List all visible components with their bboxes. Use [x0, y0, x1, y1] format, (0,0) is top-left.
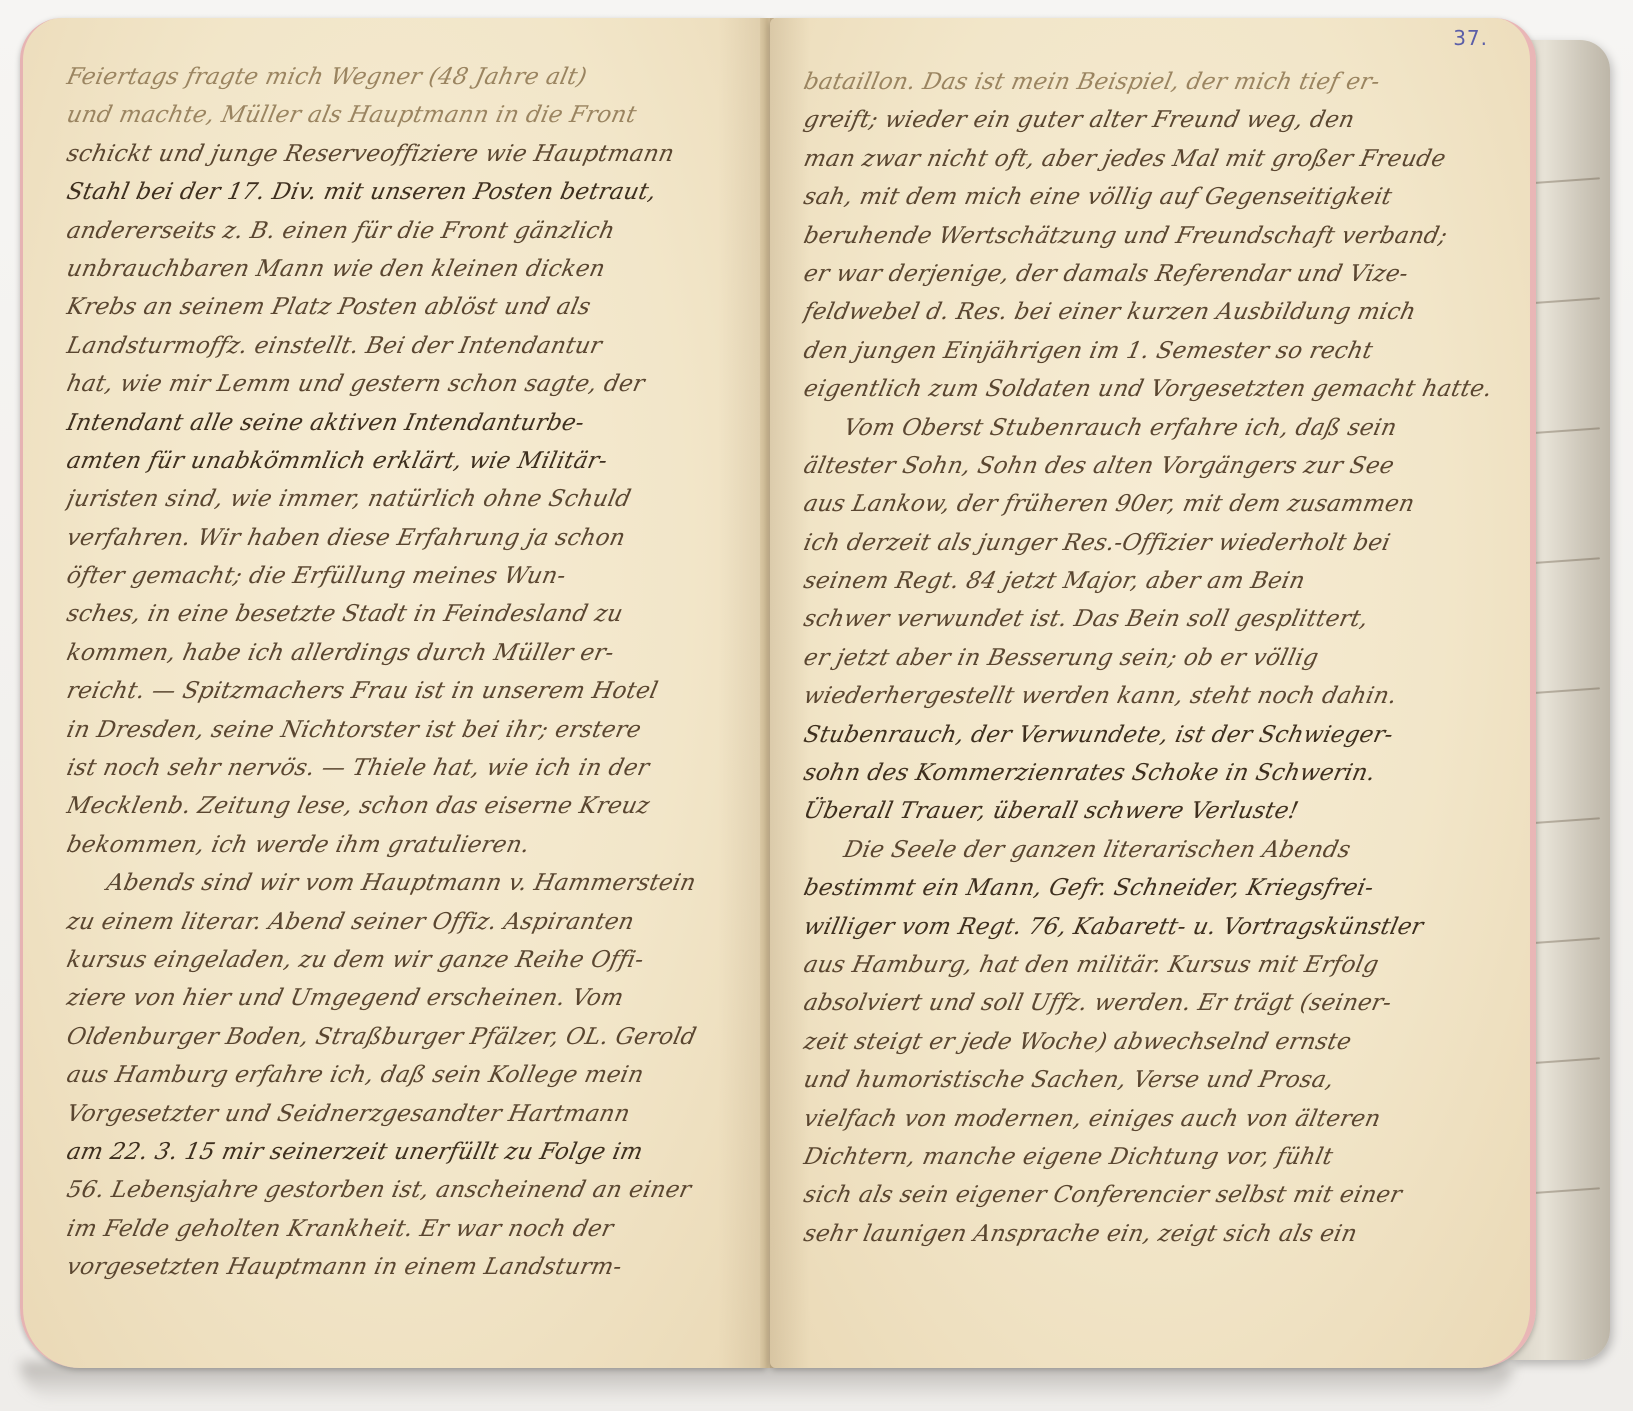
handwritten-line: er jetzt aber in Besserung sein; ob er v…	[800, 639, 1498, 677]
handwritten-line: ziere von hier und Umgegend erscheinen. …	[63, 979, 746, 1017]
handwritten-line: wiederhergestellt werden kann, steht noc…	[800, 677, 1498, 715]
handwritten-line: amten für unabkömmlich erklärt, wie Mili…	[63, 442, 746, 480]
handwritten-line: und machte, Müller als Hauptmann in die …	[63, 96, 746, 134]
handwritten-line: Vom Oberst Stubenrauch erfahre ich, daß …	[800, 409, 1498, 447]
handwritten-line: sich als sein eigener Conferencier selbs…	[800, 1176, 1498, 1214]
handwritten-line: und humoristische Sachen, Verse und Pros…	[800, 1061, 1498, 1099]
handwritten-line: 56. Lebensjahre gestorben ist, anscheine…	[63, 1171, 746, 1209]
handwritten-line: kursus eingeladen, zu dem wir ganze Reih…	[63, 941, 746, 979]
handwritten-line: reicht. — Spitzmachers Frau ist in unser…	[63, 672, 746, 710]
handwritten-line: er war derjenige, der damals Referendar …	[800, 255, 1498, 293]
handwritten-line: greift; wieder ein guter alter Freund we…	[800, 101, 1498, 139]
handwritten-line: Mecklenb. Zeitung lese, schon das eisern…	[63, 787, 746, 825]
handwritten-line: schwer verwundet ist. Das Bein soll gesp…	[800, 600, 1498, 638]
handwritten-line: Krebs an seinem Platz Posten ablöst und …	[63, 288, 746, 326]
handwritten-line: seinem Regt. 84 jetzt Major, aber am Bei…	[800, 562, 1498, 600]
handwritten-line: hat, wie mir Lemm und gestern schon sagt…	[63, 365, 746, 403]
handwritten-line: sohn des Kommerzienrates Schoke in Schwe…	[800, 754, 1498, 792]
right-page: 37. bataillon. Das ist mein Beispiel, de…	[770, 18, 1536, 1368]
handwritten-line: aus Hamburg, hat den militär. Kursus mit…	[800, 946, 1498, 984]
page-number: 37.	[1453, 26, 1488, 50]
handwritten-line: Die Seele der ganzen literarischen Abend…	[800, 831, 1498, 869]
handwritten-line: den jungen Einjährigen im 1. Semester so…	[800, 332, 1498, 370]
handwritten-line: ältester Sohn, Sohn des alten Vorgängers…	[800, 447, 1498, 485]
handwritten-line: unbrauchbaren Mann wie den kleinen dicke…	[63, 250, 746, 288]
handwritten-line: zu einem literar. Abend seiner Offiz. As…	[63, 903, 746, 941]
handwritten-line: Überall Trauer, überall schwere Verluste…	[800, 792, 1498, 830]
handwritten-line: Dichtern, manche eigene Dichtung vor, fü…	[800, 1138, 1498, 1176]
handwritten-line: bestimmt ein Mann, Gefr. Schneider, Krie…	[800, 869, 1498, 907]
handwritten-line: ich derzeit als junger Res.-Offizier wie…	[800, 524, 1498, 562]
handwritten-line: vielfach von modernen, einiges auch von …	[800, 1100, 1498, 1138]
handwritten-line: im Felde geholten Krankheit. Er war noch…	[63, 1210, 746, 1248]
handwritten-line: Stahl bei der 17. Div. mit unseren Poste…	[63, 173, 746, 211]
handwritten-line: sah, mit dem mich eine völlig auf Gegens…	[800, 178, 1498, 216]
handwritten-line: bekommen, ich werde ihm gratulieren.	[63, 826, 746, 864]
handwritten-line: ist noch sehr nervös. — Thiele hat, wie …	[63, 749, 746, 787]
handwritten-line: bataillon. Das ist mein Beispiel, der mi…	[800, 63, 1498, 101]
handwritten-line: Intendant alle seine aktiven Intendantur…	[63, 404, 746, 442]
handwritten-line: beruhende Wertschätzung und Freundschaft…	[800, 217, 1498, 255]
handwritten-line: absolviert und soll Uffz. werden. Er trä…	[800, 984, 1498, 1022]
handwritten-line: aus Lankow, der früheren 90er, mit dem z…	[800, 485, 1498, 523]
handwritten-line: Oldenburger Boden, Straßburger Pfälzer, …	[63, 1018, 746, 1056]
left-page-text: Feiertags fragte mich Wegner (48 Jahre a…	[63, 58, 738, 1287]
handwritten-line: williger vom Regt. 76, Kabarett- u. Vort…	[800, 908, 1498, 946]
handwritten-line: in Dresden, seine Nichtorster ist bei ih…	[63, 711, 746, 749]
handwritten-line: juristen sind, wie immer, natürlich ohne…	[63, 480, 746, 518]
handwritten-line: Landsturmoffz. einstellt. Bei der Intend…	[63, 327, 746, 365]
handwritten-line: Feiertags fragte mich Wegner (48 Jahre a…	[63, 58, 746, 96]
handwritten-line: Vorgesetzter und Seidnerzgesandter Hartm…	[63, 1095, 746, 1133]
handwritten-line: vorgesetzten Hauptmann in einem Landstur…	[63, 1248, 746, 1286]
right-page-text: bataillon. Das ist mein Beispiel, der mi…	[800, 63, 1490, 1253]
handwritten-line: sehr launigen Ansprache ein, zeigt sich …	[800, 1215, 1498, 1253]
left-page: Feiertags fragte mich Wegner (48 Jahre a…	[20, 18, 768, 1368]
handwritten-line: verfahren. Wir haben diese Erfahrung ja …	[63, 519, 746, 557]
handwritten-line: kommen, habe ich allerdings durch Müller…	[63, 634, 746, 672]
handwritten-line: andererseits z. B. einen für die Front g…	[63, 212, 746, 250]
handwritten-line: eigentlich zum Soldaten und Vorgesetzten…	[800, 370, 1498, 408]
handwritten-line: schickt und junge Reserveoffiziere wie H…	[63, 135, 746, 173]
handwritten-line: man zwar nicht oft, aber jedes Mal mit g…	[800, 140, 1498, 178]
handwritten-line: Abends sind wir vom Hauptmann v. Hammers…	[63, 864, 746, 902]
book-shadow	[20, 1362, 1513, 1402]
handwritten-line: am 22. 3. 15 mir seinerzeit unerfüllt zu…	[63, 1133, 746, 1171]
handwritten-line: sches, in eine besetzte Stadt in Feindes…	[63, 595, 746, 633]
handwritten-line: zeit steigt er jede Woche) abwechselnd e…	[800, 1023, 1498, 1061]
handwritten-line: aus Hamburg erfahre ich, daß sein Kolleg…	[63, 1056, 746, 1094]
handwritten-line: öfter gemacht; die Erfüllung meines Wun-	[63, 557, 746, 595]
handwritten-line: Stubenrauch, der Verwundete, ist der Sch…	[800, 716, 1498, 754]
handwritten-line: feldwebel d. Res. bei einer kurzen Ausbi…	[800, 293, 1498, 331]
